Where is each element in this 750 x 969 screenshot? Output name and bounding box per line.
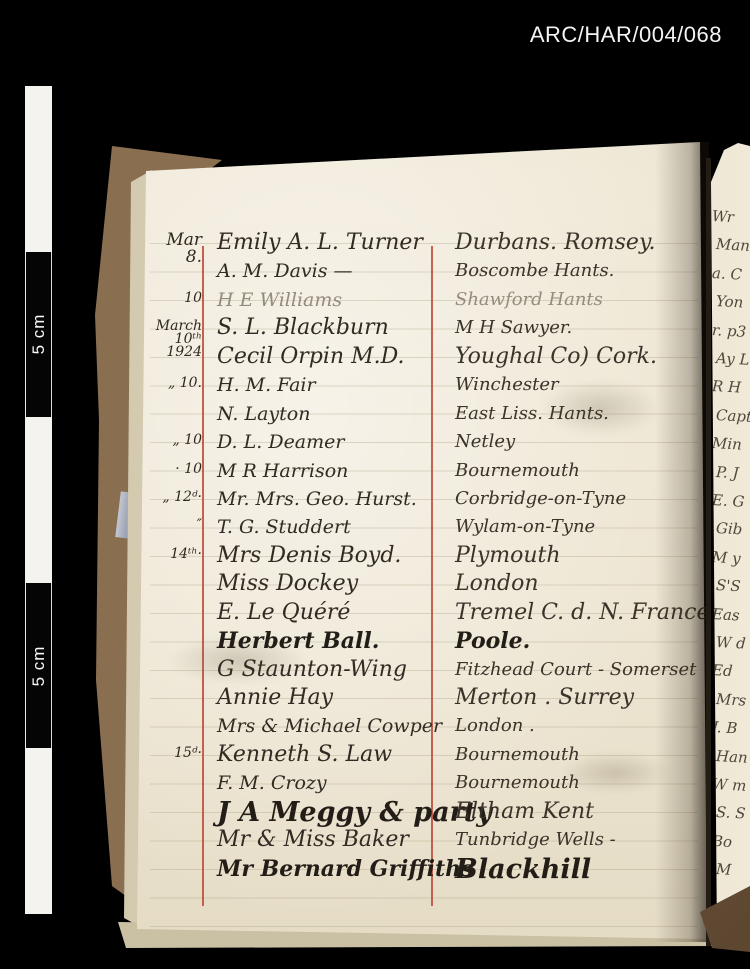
register-row: ″ T. G. Studdert Wylam-on-Tyne [150, 515, 695, 543]
book-gutter-shadow [655, 142, 709, 942]
entry-name-signature: H E Williams [207, 288, 443, 312]
edge-text-fragment: Han [716, 747, 750, 767]
entry-date: 15ᵈ· [150, 743, 207, 760]
edge-text-fragment: Eas [712, 605, 749, 625]
scale-bar-segment-black: 5 cm [25, 252, 52, 418]
edge-text-fragment: Yon [716, 292, 750, 312]
entry-name-signature: Mr Bernard Griffiths [207, 857, 443, 881]
register-row: N. Layton East Liss. Hants. [150, 402, 695, 430]
entry-name-signature: Miss Dockey [207, 572, 443, 596]
entry-name-signature: Mr & Miss Baker [207, 828, 443, 852]
entry-date [150, 601, 207, 605]
register-row: F. M. Crozy Bournemouth [150, 771, 695, 799]
register-row: Mrs & Michael Cowper London . [150, 714, 695, 742]
scale-label: 5 cm [29, 314, 49, 355]
scale-bar-segment-white [25, 748, 52, 914]
entry-date [150, 714, 207, 718]
edge-text-fragment: W d [716, 633, 750, 653]
edge-text-fragment: Min [712, 434, 749, 454]
entry-date: „ 12ᵈ· [150, 487, 207, 504]
edge-text-fragment: M y [712, 548, 749, 568]
register-row: 14ᵗʰ· Mrs Denis Boyd. Plymouth [150, 544, 695, 572]
entry-date [150, 658, 207, 662]
entry-name-signature: Kenneth S. Law [207, 743, 443, 767]
edge-text-fragment: Ay L [716, 349, 750, 369]
scale-label: 5 cm [29, 645, 49, 686]
entry-name-signature: Herbert Ball. [207, 629, 443, 653]
entry-name-signature: D. L. Deamer [207, 430, 443, 454]
entry-date: „ 10 [150, 430, 207, 447]
register-row: Cecil Orpin M.D. Youghal Co) Cork. [150, 345, 695, 373]
edge-text-fragment: P. J [716, 463, 750, 483]
scale-bar-segment-white [25, 417, 52, 583]
entry-name-signature: Mr. Mrs. Geo. Hurst. [207, 487, 443, 511]
edge-text-fragment: Man [716, 235, 750, 255]
gutter-crease [706, 158, 711, 946]
register-row: Miss Dockey London [150, 572, 695, 600]
register-row: G Staunton-Wing Fitzhead Court - Somerse… [150, 658, 695, 686]
entry-date [150, 857, 207, 861]
entry-date [150, 402, 207, 406]
entry-date: ″ [150, 515, 207, 532]
register-row: „ 12ᵈ· Mr. Mrs. Geo. Hurst. Corbridge-on… [150, 487, 695, 515]
register-row: E. Le Quéré Tremel C. d. N. France [150, 601, 695, 629]
edge-text-fragment: R H [712, 377, 749, 397]
edge-text-fragment: Ed [712, 661, 749, 681]
edge-text-fragment: S'S [716, 576, 750, 596]
entry-name-signature: Emily A. L. Turner [207, 231, 443, 255]
entry-date [150, 771, 207, 775]
entry-name-signature: Annie Hay [207, 686, 443, 710]
entry-name-signature: A. M. Davis — [207, 259, 443, 283]
scale-bar-segment-white [25, 86, 52, 252]
entry-name-signature: S. L. Blackburn [207, 316, 443, 340]
edge-text-fragment: Bo [712, 832, 749, 852]
archive-photograph: 5 cm 5 cm ARC/HAR/004/068 Mar 8. Emily A… [0, 0, 750, 969]
register-row: 10 H E Williams Shawford Hants [150, 288, 695, 316]
register-row: Mr Bernard Griffiths Blackhill [150, 857, 695, 885]
register-rows: Mar 8. Emily A. L. Turner Durbans. Romse… [150, 231, 695, 885]
edge-text-fragment: E. G [712, 491, 749, 511]
entry-name-signature: H. M. Fair [207, 373, 443, 397]
entry-date: 10 [150, 288, 207, 305]
entry-name-signature: Mrs & Michael Cowper [207, 714, 443, 738]
scale-bar-segment-black: 5 cm [25, 583, 52, 749]
entry-date [150, 572, 207, 576]
entry-name-signature: M R Harrison [207, 459, 443, 483]
edge-text-fragment: Capt [716, 406, 750, 426]
entry-date: March 10ᵗʰ 1924 [150, 316, 207, 359]
entry-date [150, 629, 207, 633]
edge-text-fragment: W m [712, 775, 749, 795]
entry-date [150, 828, 207, 832]
entry-date [150, 345, 207, 349]
entry-name-signature: T. G. Studdert [207, 515, 443, 539]
register-row: · 10 M R Harrison Bournemouth [150, 459, 695, 487]
register-row: 15ᵈ· Kenneth S. Law Bournemouth [150, 743, 695, 771]
edge-text-fragment: r. p3 [712, 321, 749, 341]
register-row: Annie Hay Merton . Surrey [150, 686, 695, 714]
edge-text-fragment: J. B [712, 718, 749, 738]
entry-date [150, 686, 207, 690]
register-row: March 10ᵗʰ 1924 S. L. Blackburn M H Sawy… [150, 316, 695, 344]
entry-date: 14ᵗʰ· [150, 544, 207, 561]
entry-name-signature: Cecil Orpin M.D. [207, 345, 443, 369]
entry-name-signature: J A Meggy & party [207, 800, 443, 826]
register-row: „ 10. H. M. Fair Winchester [150, 373, 695, 401]
entry-date: „ 10. [150, 373, 207, 390]
register-row: Mar 8. Emily A. L. Turner Durbans. Romse… [150, 231, 695, 259]
edge-text-fragment: M [716, 860, 750, 880]
entry-name-signature: E. Le Quéré [207, 601, 443, 625]
entry-date [150, 800, 207, 804]
register-row: J A Meggy & party Eltham Kent [150, 800, 695, 828]
edge-text-fragment: a. C [712, 264, 749, 284]
edge-text-fragment: Mrs [716, 690, 750, 710]
edge-text-fragment: Gib [716, 519, 750, 539]
entry-date [150, 259, 207, 263]
archive-reference-number: ARC/HAR/004/068 [530, 22, 722, 48]
register-row: „ 10 D. L. Deamer Netley [150, 430, 695, 458]
edge-text-fragment: Wr [712, 207, 749, 227]
register-row: A. M. Davis — Boscombe Hants. [150, 259, 695, 287]
entry-name-signature: N. Layton [207, 402, 443, 426]
entry-name-signature: F. M. Crozy [207, 771, 443, 795]
entry-date: · 10 [150, 459, 207, 476]
edge-text-fragment: S. S [716, 803, 750, 823]
entry-name-signature: G Staunton-Wing [207, 658, 443, 682]
entry-name-signature: Mrs Denis Boyd. [207, 544, 443, 568]
register-row: Herbert Ball. Poole. [150, 629, 695, 657]
scale-bar: 5 cm 5 cm [25, 86, 52, 914]
register-row: Mr & Miss Baker Tunbridge Wells - [150, 828, 695, 856]
